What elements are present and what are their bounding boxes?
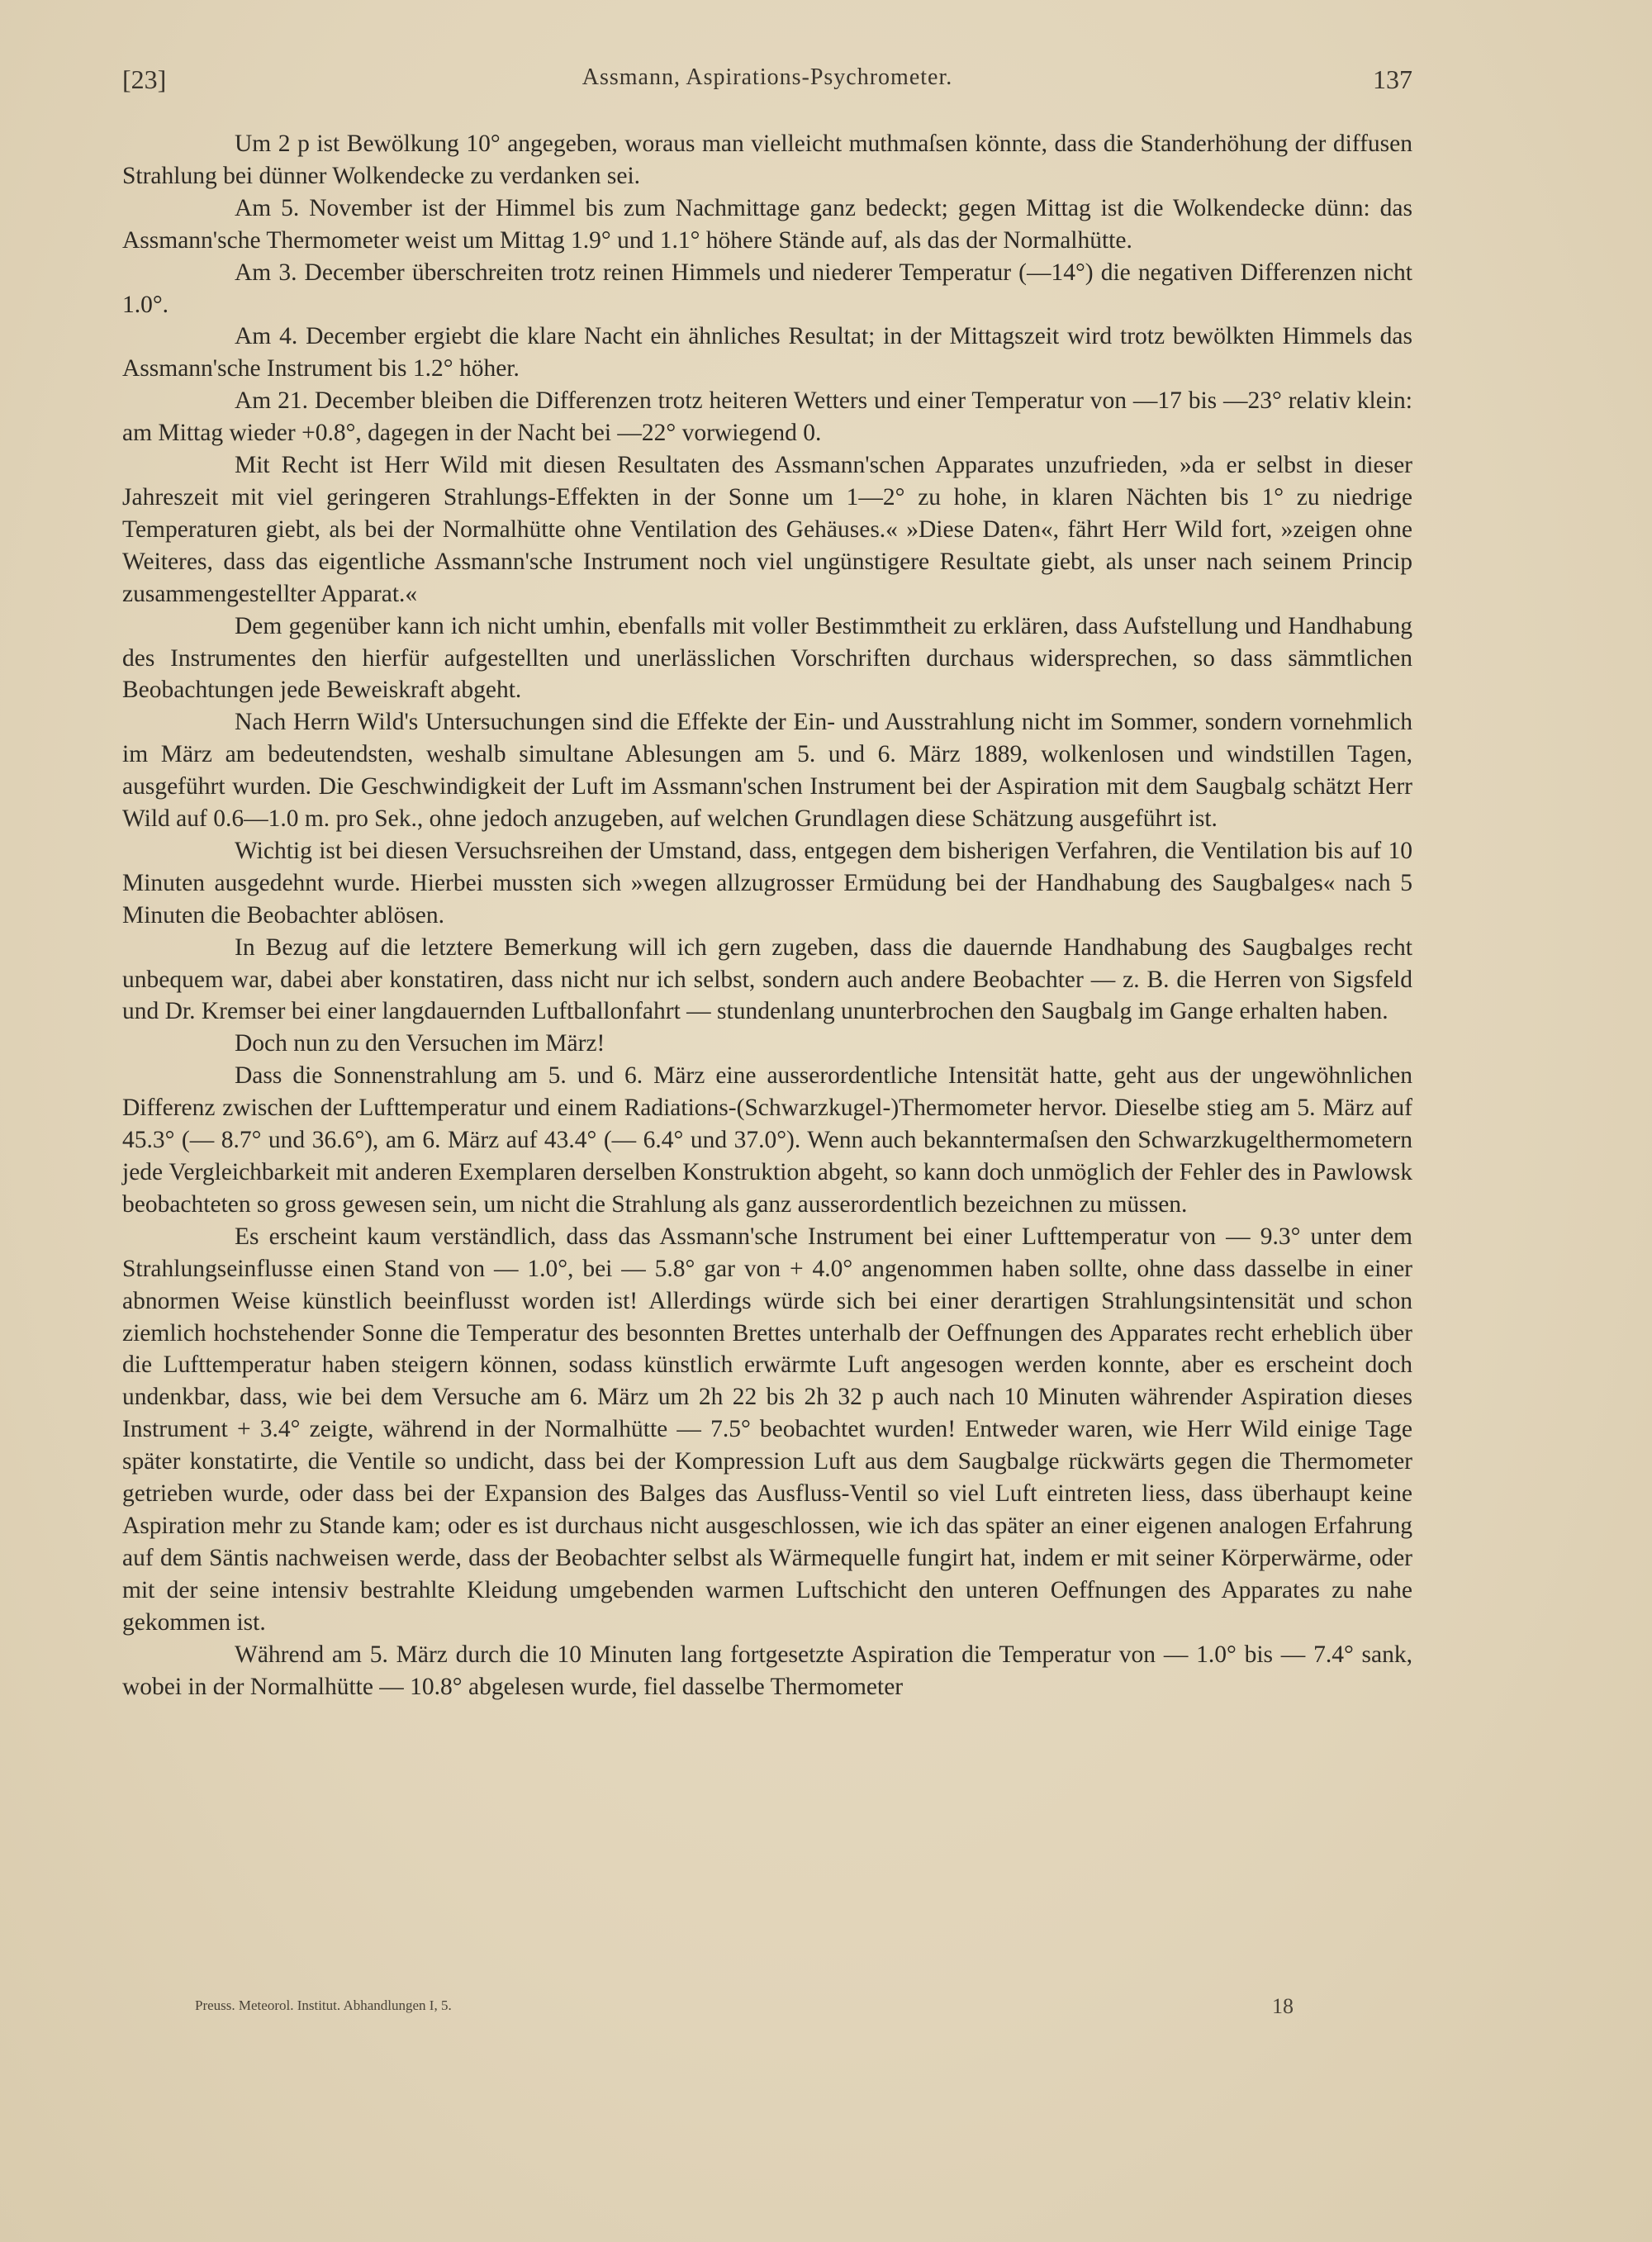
running-header: [23] Assmann, Aspirations-Psychrometer. … [122, 64, 1412, 97]
paragraph: Nach Herrn Wild's Untersuchungen sind di… [122, 706, 1412, 835]
document-page: [23] Assmann, Aspirations-Psychrometer. … [0, 0, 1652, 2242]
paragraph: Es erscheint kaum verständlich, dass das… [122, 1221, 1412, 1639]
paragraph: Am 3. December überschreiten trotz reine… [122, 257, 1412, 321]
paragraph: Mit Recht ist Herr Wild mit diesen Resul… [122, 449, 1412, 610]
sheet-number: 18 [1272, 1994, 1294, 2019]
paragraph: In Bezug auf die letztere Bemerkung will… [122, 932, 1412, 1028]
paragraph: Am 5. November ist der Himmel bis zum Na… [122, 192, 1412, 257]
paragraph: Um 2 p ist Bewölkung 10° angegeben, wora… [122, 128, 1412, 192]
paragraph: Doch nun zu den Versuchen im März! [122, 1028, 1412, 1060]
paragraph: Am 21. December bleiben die Differenzen … [122, 385, 1412, 449]
paragraph: Dass die Sonnenstrahlung am 5. und 6. Mä… [122, 1060, 1412, 1221]
body-text: Um 2 p ist Bewölkung 10° angegeben, wora… [122, 128, 1412, 1703]
paragraph: Wichtig ist bei diesen Versuchsreihen de… [122, 835, 1412, 932]
page-footer: Preuss. Meteorol. Institut. Abhandlungen… [195, 1997, 1294, 2022]
publication-note: Preuss. Meteorol. Institut. Abhandlungen… [195, 1997, 452, 2014]
paragraph: Während am 5. März durch die 10 Minuten … [122, 1639, 1412, 1703]
page-number: 137 [1373, 64, 1412, 95]
paragraph: Am 4. December ergiebt die klare Nacht e… [122, 321, 1412, 385]
paragraph: Dem gegenüber kann ich nicht umhin, eben… [122, 610, 1412, 707]
running-title: Assmann, Aspirations-Psychrometer. [122, 64, 1412, 91]
